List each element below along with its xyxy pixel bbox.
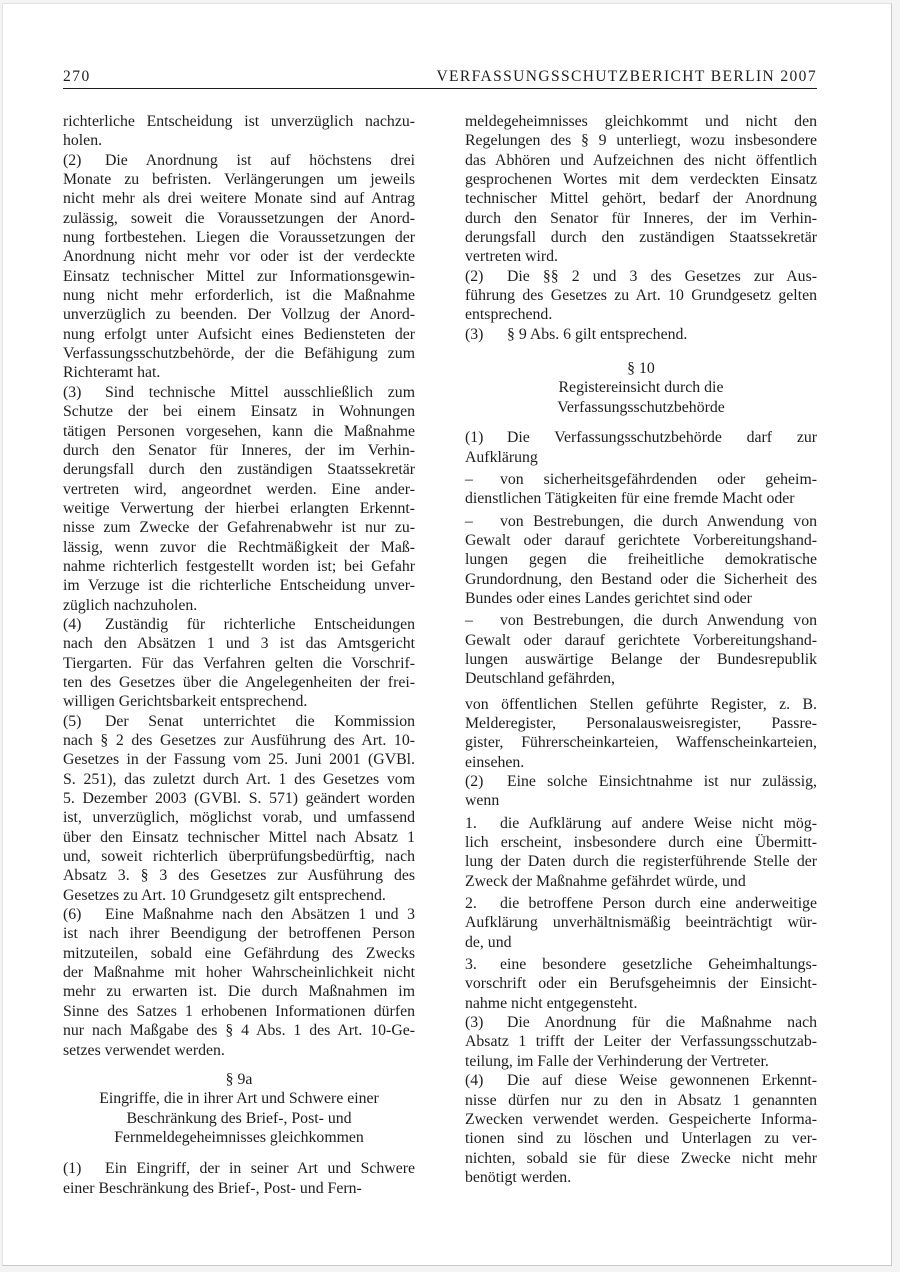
item-label: (3) [63, 383, 105, 402]
dash-list-item: –von sicherheitsgefährdenden oder geheim… [465, 470, 817, 509]
paragraph: richterliche Entscheidung ist unverzügli… [63, 112, 415, 151]
paragraph: (1)Ein Eingriff, der in seiner Art und S… [63, 1159, 415, 1198]
text-line: mehr zu erwarten ist. Die durch Maßnahme… [63, 982, 415, 1001]
text-line: (4)Zuständig für richterliche Entscheidu… [63, 615, 415, 634]
text-line: lässig, wenn zuvor die Rechtmäßigkeit de… [63, 538, 415, 557]
text-line: (1)Die Verfassungsschutzbehörde darf zur [465, 428, 817, 447]
text-line: lungen gegen die freiheitliche demokrati… [465, 550, 817, 569]
paragraph: (3)Sind technische Mittel ausschließlich… [63, 383, 415, 615]
paragraph: (3)§ 9 Abs. 6 gilt entsprechend. [465, 325, 817, 344]
heading-line: Beschränkung des Brief-, Post- und [63, 1109, 415, 1128]
text-line: ist, unverzüglich, möglichst vorab, und … [63, 808, 415, 827]
item-label: (4) [63, 615, 105, 634]
text-line: 5. Dezember 2003 (GVBl. S. 571) geändert… [63, 789, 415, 808]
text-line: tätigen Personen vorgesehen, kann die Ma… [63, 422, 415, 441]
text-line: (2)Die §§ 2 und 3 des Gesetzes zur Aus- [465, 267, 817, 286]
numbered-list-item: 1.die Aufklärung auf andere Weise nicht … [465, 814, 817, 891]
text-line: –von Bestrebungen, die durch Anwendung v… [465, 611, 817, 630]
text-line: willigen Gerichtsbarkeit entsprechend. [63, 692, 415, 711]
page-number: 270 [63, 68, 91, 85]
text-line: Einsatz technischer Mittel zur Informati… [63, 267, 415, 286]
text-line: Grundordnung, den Bestand oder die Siche… [465, 570, 817, 589]
dash-list-item: –von Bestrebungen, die durch Anwendung v… [465, 512, 817, 609]
text-line: 2.die betroffene Person durch eine ander… [465, 894, 817, 913]
text-line: Zweck der Maßnahme gefährdet würde, und [465, 872, 817, 891]
text-line: tionen sind zu löschen und Unterlagen zu… [465, 1129, 817, 1148]
text-line: nung erfolgt unter Aufsicht eines Bedien… [63, 325, 415, 344]
section-heading: § 9aEingriffe, die in ihrer Art und Schw… [63, 1070, 415, 1147]
text-line: von öffentlichen Stellen geführte Regist… [465, 695, 817, 714]
paragraph: (3)Die Anordnung für die Maßnahme nachAb… [465, 1013, 817, 1071]
item-label: 1. [465, 814, 500, 833]
text-line: Absatz 1 trifft der Leiter der Verfassun… [465, 1032, 817, 1051]
paragraph: (6)Eine Maßnahme nach den Absätzen 1 und… [63, 905, 415, 1060]
text-line: Verfassungsschutzbehörde, der die Befähi… [63, 344, 415, 363]
text-line: (3)Sind technische Mittel ausschließlich… [63, 383, 415, 402]
text-line: lungen auswärtige Belange der Bundesrepu… [465, 650, 817, 669]
text-line: teilung, im Falle der Verhinderung der V… [465, 1052, 817, 1071]
item-label: (2) [465, 772, 507, 791]
text-line: Gewalt oder darauf gerichtete Vorbereitu… [465, 631, 817, 650]
column-left: richterliche Entscheidung ist unverzügli… [63, 112, 415, 1198]
text-line: züglich nachzuholen. [63, 596, 415, 615]
header-rule [63, 88, 817, 89]
text-line: holen. [63, 131, 415, 150]
heading-line: § 10 [465, 359, 817, 378]
text-line: nahme nicht entgegensteht. [465, 994, 817, 1013]
text-line: 1.die Aufklärung auf andere Weise nicht … [465, 814, 817, 833]
item-label: (3) [465, 1013, 507, 1032]
paragraph: von öffentlichen Stellen geführte Regist… [465, 695, 817, 772]
text-line: mitzuteilen, sobald eine Gefährdung des … [63, 944, 415, 963]
text-line: gesprochenen Wortes mit dem verdeckten E… [465, 170, 817, 189]
item-label: – [465, 470, 500, 489]
text-line: gister, Führerscheinkarteien, Waffensche… [465, 733, 817, 752]
text-line: entsprechend. [465, 305, 817, 324]
text-line: Regelungen des § 9 unterliegt, wozu insb… [465, 131, 817, 150]
text-line: zulässig, soweit die Voraussetzungen der… [63, 209, 415, 228]
text-line: nicht mehr als drei weitere Monate sind … [63, 189, 415, 208]
text-columns: richterliche Entscheidung ist unverzügli… [63, 112, 817, 1198]
paragraph: (5)Der Senat unterrichtet die Kommission… [63, 712, 415, 905]
text-line: nach § 2 des Gesetzes zur Ausführung des… [63, 731, 415, 750]
paragraph: meldegeheimnisses gleichkommt und nicht … [465, 112, 817, 267]
text-line: derungsfall durch den zuständigen Staats… [465, 228, 817, 247]
item-label: – [465, 512, 500, 531]
item-label: 2. [465, 894, 500, 913]
text-line: (2)Eine solche Einsichtnahme ist nur zul… [465, 772, 817, 791]
text-line: Sinne des Satzes 1 erhobenen Information… [63, 1002, 415, 1021]
text-line: Monate zu befristen. Verlängerungen um j… [63, 170, 415, 189]
text-line: setzes verwendet werden. [63, 1041, 415, 1060]
heading-line: Verfassungsschutzbehörde [465, 398, 817, 417]
text-line: meldegeheimnisses gleichkommt und nicht … [465, 112, 817, 131]
text-line: derungsfall durch den zuständigen Staats… [63, 460, 415, 479]
heading-line: § 9a [63, 1070, 415, 1089]
text-line: das Abhören und Aufzeichnen des nicht öf… [465, 151, 817, 170]
text-line: nisse dürfen nur zu den in Absatz 1 gena… [465, 1091, 817, 1110]
text-line: unverzüglich zu beenden. Der Vollzug der… [63, 305, 415, 324]
heading-line: Eingriffe, die in ihrer Art und Schwere … [63, 1089, 415, 1108]
column-right: meldegeheimnisses gleichkommt und nicht … [465, 112, 817, 1198]
text-line: Bundes oder eines Landes gerichtet sind … [465, 589, 817, 608]
page-content: 270 VERFASSUNGSSCHUTZBERICHT BERLIN 2007… [63, 68, 817, 1198]
text-line: Zwecken verwendet werden. Gespeicherte I… [465, 1110, 817, 1129]
item-label: (2) [63, 151, 105, 170]
heading-line: Fernmeldegeheimnisses gleichkommen [63, 1128, 415, 1147]
paragraph: (2)Die §§ 2 und 3 des Gesetzes zur Aus-f… [465, 267, 817, 325]
text-line: richterliche Entscheidung ist unverzügli… [63, 112, 415, 131]
text-line: Gewalt oder darauf gerichtete Vorbereitu… [465, 531, 817, 550]
text-line: einsehen. [465, 753, 817, 772]
text-line: vorschrift oder ein Berufsgeheimnis der … [465, 974, 817, 993]
text-line: technischer Mittel gehört, bedarf der An… [465, 189, 817, 208]
text-line: Schutze der bei einem Einsatz in Wohnung… [63, 402, 415, 421]
text-line: S. 251), das zuletzt durch Art. 1 des Ge… [63, 770, 415, 789]
paragraph: (4)Die auf diese Weise gewonnenen Erkenn… [465, 1071, 817, 1187]
text-line: ist nach ihrer Beendigung der betroffene… [63, 924, 415, 943]
numbered-list-item: 3.eine besondere gesetzliche Geheimhaltu… [465, 955, 817, 1013]
item-label: (1) [465, 428, 507, 447]
text-line: nisse zum Zwecke der Gefahrenabwehr ist … [63, 518, 415, 537]
item-label: – [465, 611, 500, 630]
item-label: 3. [465, 955, 500, 974]
text-line: Absatz 3. § 3 des Gesetzes zur Ausführun… [63, 866, 415, 885]
text-line: (6)Eine Maßnahme nach den Absätzen 1 und… [63, 905, 415, 924]
text-line: ten des Gesetzes über die Angelegenheite… [63, 673, 415, 692]
text-line: und, soweit richterlich überprüfungsbedü… [63, 847, 415, 866]
numbered-list-item: 2.die betroffene Person durch eine ander… [465, 894, 817, 952]
text-line: Anordnung nicht mehr vor oder ist der ve… [63, 247, 415, 266]
item-label: (5) [63, 712, 105, 731]
text-line: vertreten wird, angeordnet werden. Eine … [63, 480, 415, 499]
text-line: (2)Die Anordnung ist auf höchstens drei [63, 151, 415, 170]
text-line: nach den Absätzen 1 und 3 ist das Amtsge… [63, 634, 415, 653]
text-line: (5)Der Senat unterrichtet die Kommission [63, 712, 415, 731]
paragraph: (2)Die Anordnung ist auf höchstens dreiM… [63, 151, 415, 383]
text-line: –von Bestrebungen, die durch Anwendung v… [465, 512, 817, 531]
text-line: der Maßnahme mit hoher Wahrscheinlichkei… [63, 963, 415, 982]
text-line: durch den Senator für Inneres, der im Ve… [465, 209, 817, 228]
text-line: weitige Verwertung der hierbei erlangten… [63, 499, 415, 518]
text-line: führung des Gesetzes zu Art. 10 Grundges… [465, 286, 817, 305]
item-label: (1) [63, 1159, 105, 1178]
text-line: im Verzuge ist die richterliche Entschei… [63, 576, 415, 595]
text-line: lich erscheint, insbesondere durch eine … [465, 833, 817, 852]
text-line: de, und [465, 933, 817, 952]
text-line: Gesetzes zu Art. 10 Grundgesetz gilt ent… [63, 886, 415, 905]
text-line: 3.eine besondere gesetzliche Geheimhaltu… [465, 955, 817, 974]
text-line: durch den Senator für Inneres, der im Ve… [63, 441, 415, 460]
text-line: einer Beschränkung des Brief-, Post- und… [63, 1179, 415, 1198]
text-line: (3)Die Anordnung für die Maßnahme nach [465, 1013, 817, 1032]
text-line: dienstlichen Tätigkeiten für eine fremde… [465, 489, 817, 508]
page-header: 270 VERFASSUNGSSCHUTZBERICHT BERLIN 2007 [63, 68, 817, 85]
text-line: (1)Ein Eingriff, der in seiner Art und S… [63, 1159, 415, 1178]
document-page: 270 VERFASSUNGSSCHUTZBERICHT BERLIN 2007… [2, 3, 892, 1266]
text-line: nung nicht mehr erforderlich, ist die Ma… [63, 286, 415, 305]
text-line: nichten, sobald sie für diese Zwecke nic… [465, 1149, 817, 1168]
heading-line: Registereinsicht durch die [465, 378, 817, 397]
item-label: (2) [465, 267, 507, 286]
text-line: Deutschland gefährden, [465, 669, 817, 688]
text-line: (4)Die auf diese Weise gewonnenen Erkenn… [465, 1071, 817, 1090]
text-line: Melderegister, Personalausweisregister, … [465, 714, 817, 733]
text-line: –von sicherheitsgefährdenden oder geheim… [465, 470, 817, 489]
item-label: (3) [465, 325, 507, 344]
report-title: VERFASSUNGSSCHUTZBERICHT BERLIN 2007 [436, 68, 817, 85]
paragraph: (4)Zuständig für richterliche Entscheidu… [63, 615, 415, 712]
text-line: Aufklärung [465, 448, 817, 467]
text-line: nur nach Maßgabe des § 4 Abs. 1 des Art.… [63, 1021, 415, 1040]
text-line: nahme richterlich festgestellt worden is… [63, 557, 415, 576]
item-label: (4) [465, 1071, 507, 1090]
section-heading: § 10Registereinsicht durch dieVerfassung… [465, 359, 817, 417]
text-line: Gesetzes in der Fassung vom 25. Juni 200… [63, 750, 415, 769]
paragraph: (2)Eine solche Einsichtnahme ist nur zul… [465, 772, 817, 811]
text-line: nung fortbestehen. Liegen die Voraussetz… [63, 228, 415, 247]
text-line: Richteramt hat. [63, 363, 415, 382]
text-line: benötigt werden. [465, 1168, 817, 1187]
text-line: Tiergarten. Für das Verfahren gelten die… [63, 654, 415, 673]
text-line: vertreten wird. [465, 247, 817, 266]
text-line: lung der Daten durch die registerführend… [465, 852, 817, 871]
text-line: Aufklärung unverhältnismäßig beeinträcht… [465, 913, 817, 932]
text-line: wenn [465, 791, 817, 810]
item-label: (6) [63, 905, 105, 924]
text-line: über den Einsatz technischer Mittel nach… [63, 828, 415, 847]
text-line: (3)§ 9 Abs. 6 gilt entsprechend. [465, 325, 817, 344]
dash-list-item: –von Bestrebungen, die durch Anwendung v… [465, 611, 817, 688]
paragraph: (1)Die Verfassungsschutzbehörde darf zur… [465, 428, 817, 467]
